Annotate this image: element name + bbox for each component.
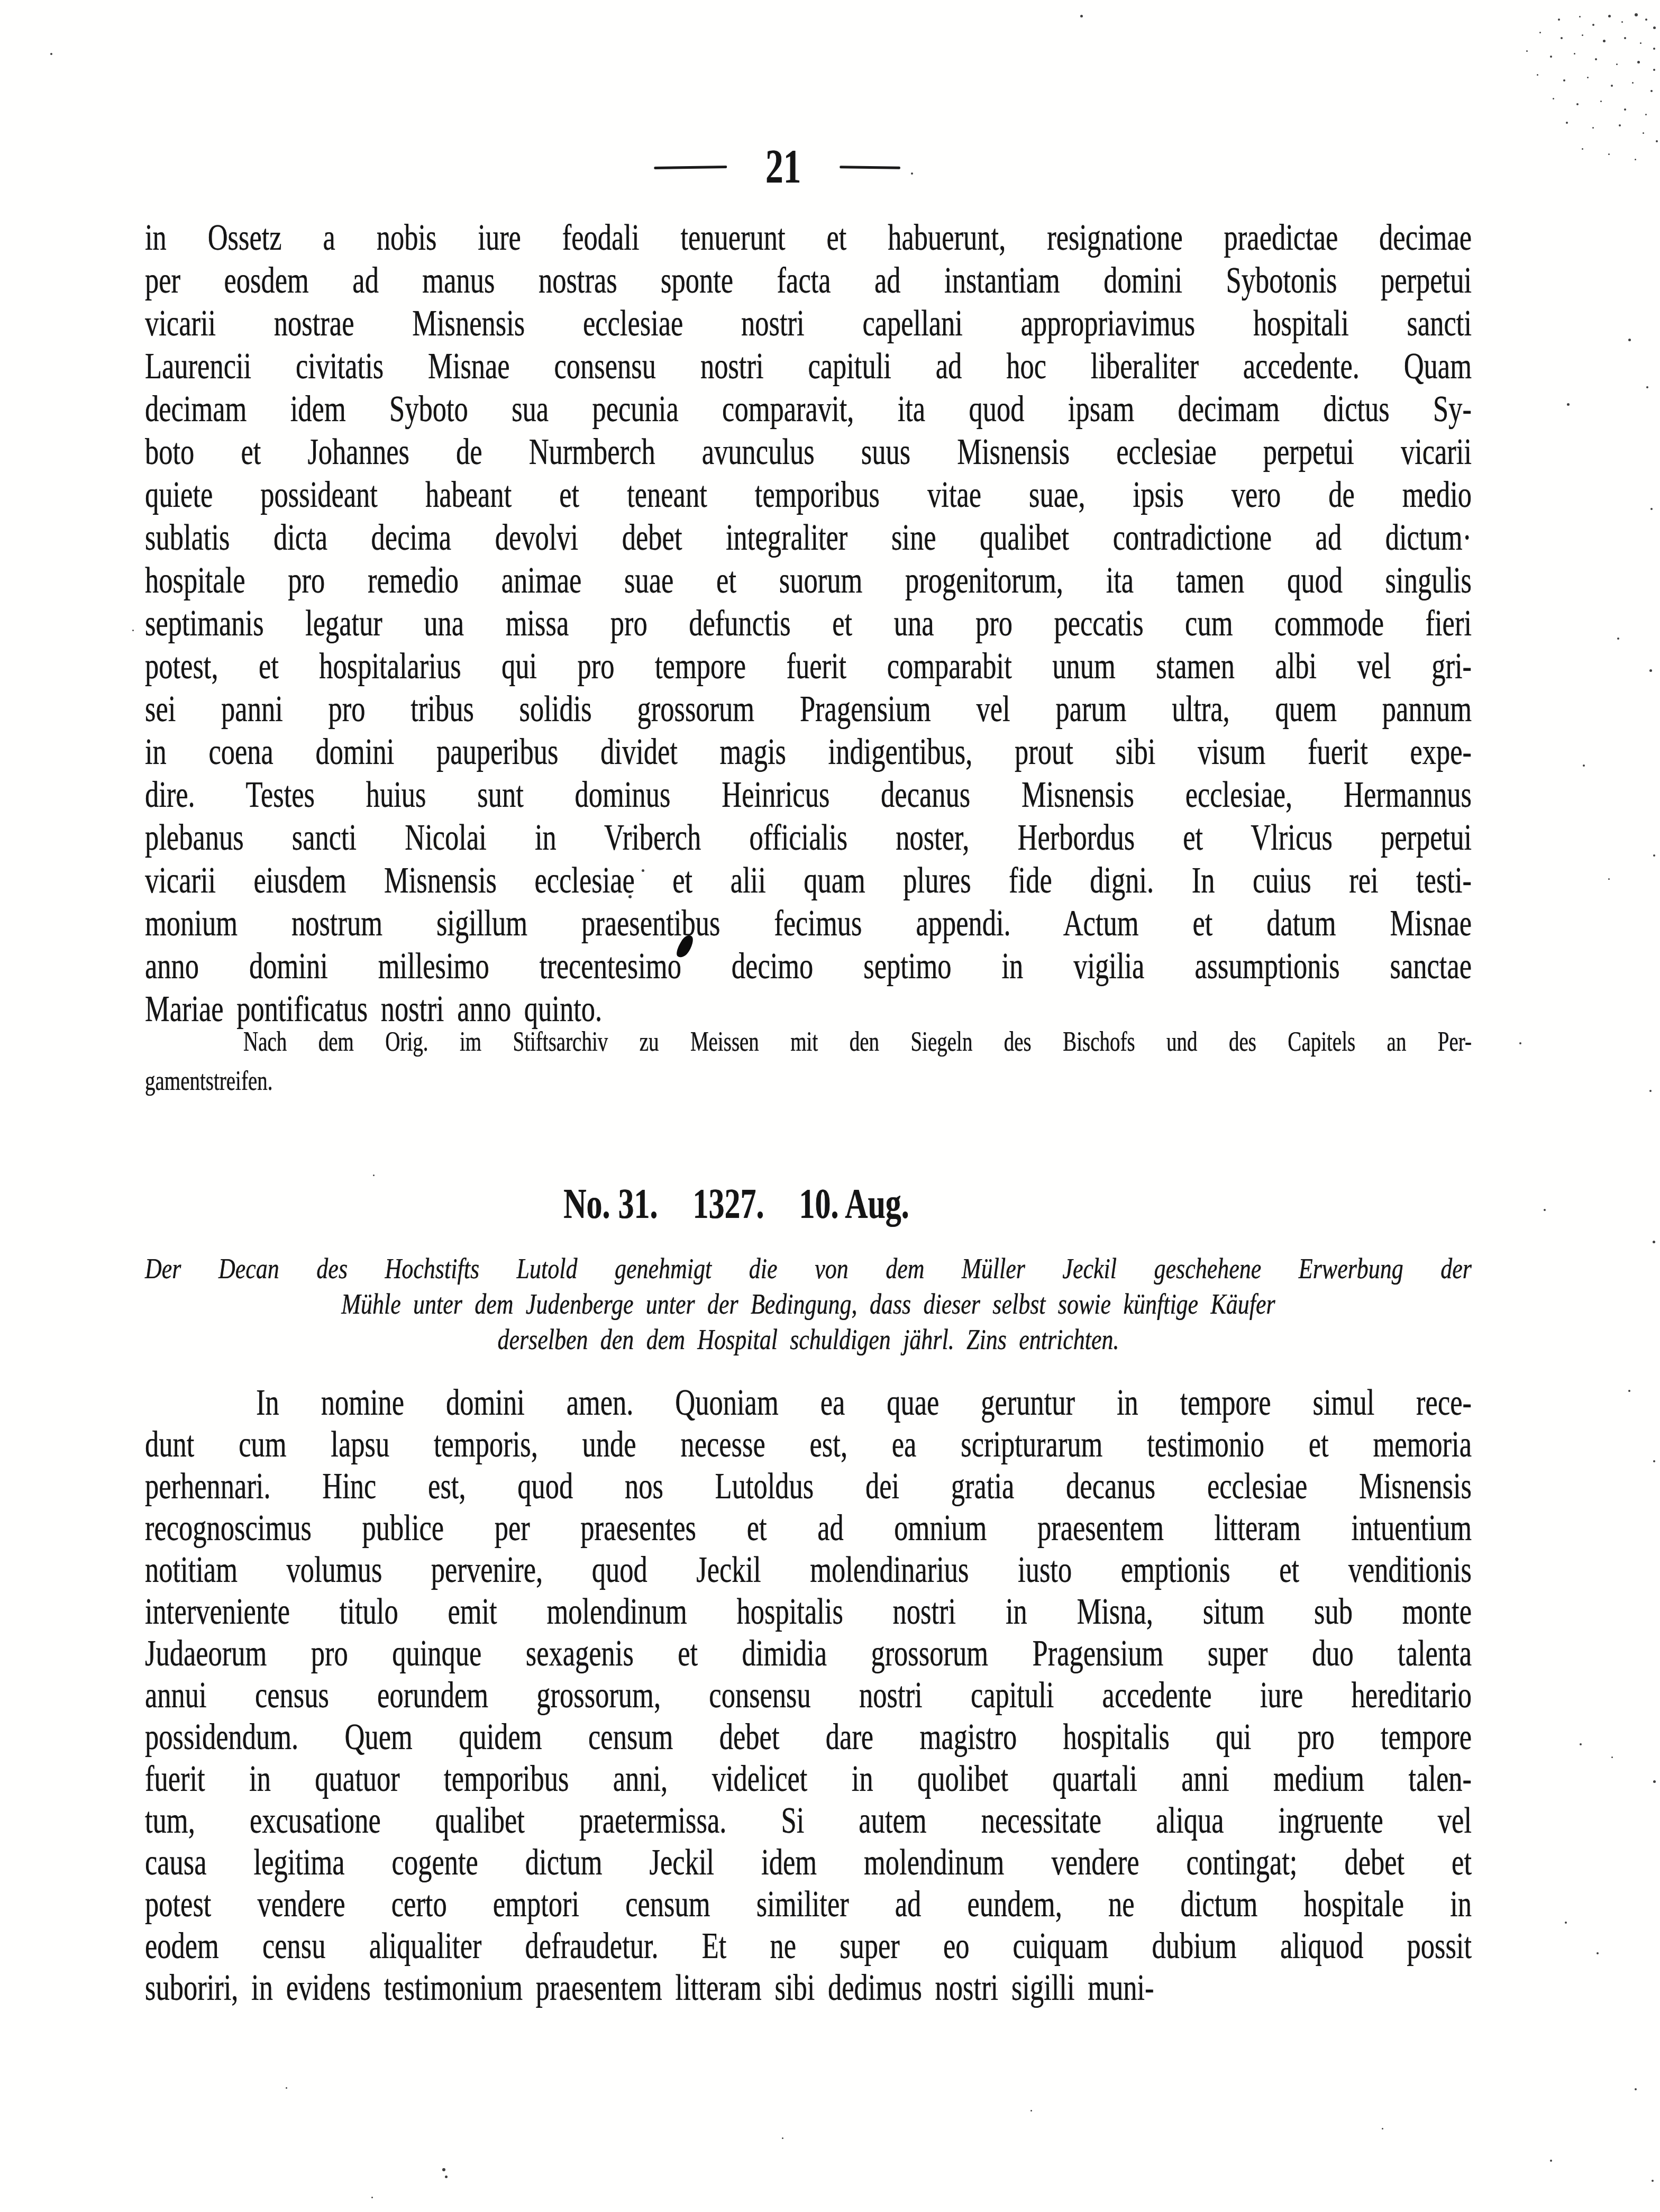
page-number: 21	[765, 141, 801, 194]
scan-speckle	[1635, 13, 1638, 16]
charter-30-line: plebanus sancti Nicolai in Vriberch offi…	[145, 816, 1472, 859]
scan-speckle	[1650, 508, 1653, 510]
scan-speckle	[1635, 2088, 1637, 2090]
scan-speckle	[132, 630, 134, 631]
scan-speckle	[286, 2087, 287, 2089]
charter-31-summary: Der Decan des Hochstifts Lutold genehmig…	[145, 1251, 1472, 1357]
scan-speckle	[782, 2137, 783, 2139]
scan-speckle	[1632, 82, 1634, 84]
scan-speckle	[1619, 124, 1621, 126]
charter-30-line: in coena domini pauperibus dividet magis…	[145, 731, 1472, 773]
scan-speckle	[1608, 15, 1611, 17]
scan-speckle	[1567, 403, 1570, 406]
charter-31-line: potest vendere certo emptori censum simi…	[145, 1883, 1472, 1925]
charter-30-line: sublatis dicta decima devolvi debet inte…	[145, 516, 1472, 559]
charter-31-summary-line: Mühle unter dem Judenberge unter der Bed…	[145, 1286, 1472, 1322]
scan-speckle	[1653, 69, 1655, 71]
scan-speckle	[373, 1175, 375, 1176]
scan-speckle	[1649, 669, 1652, 672]
charter-31-line: tum, excusatione qualibet praetermissa. …	[145, 1800, 1472, 1842]
scan-speckle	[1628, 339, 1631, 341]
charter-30-line: vicarii nostrae Misnensis ecclesiae nost…	[145, 302, 1472, 345]
scan-speckle	[1608, 153, 1610, 155]
scan-speckle	[1579, 16, 1581, 17]
charter-date: 10. Aug.	[799, 1180, 909, 1228]
scan-speckle	[1576, 103, 1579, 105]
page-header: 21	[113, 141, 1441, 194]
scan-speckle	[1628, 1390, 1630, 1392]
scan-speckle	[1587, 77, 1589, 78]
scan-speckle	[1080, 15, 1083, 17]
charter-31-line: notitiam volumus pervenire, quod Jeckil …	[145, 1549, 1472, 1591]
scan-speckle	[1640, 42, 1641, 44]
charter-year: 1327.	[692, 1180, 764, 1228]
charter-30-line: dire. Testes huius sunt dominus Heinricu…	[145, 773, 1472, 816]
charter-31-heading-row: No. 31. 1327. 10. Aug.	[73, 1180, 1400, 1228]
charter-31-line: suboriri, in evidens testimonium praesen…	[145, 1967, 1472, 2009]
scan-speckle	[1558, 19, 1560, 21]
charter-30-line: in Ossetz a nobis iure feodali tenuerunt…	[145, 216, 1472, 259]
scan-speckle	[1597, 1952, 1599, 1954]
charter-30-line: vicarii eiusdem Misnensis ecclesiae et a…	[145, 859, 1472, 902]
scan-speckle	[1653, 26, 1656, 29]
scan-speckle	[1603, 40, 1606, 42]
charter-31-lines: In nomine domini amen. Quoniam ea quae g…	[145, 1382, 1472, 2009]
scan-speckle	[1580, 1743, 1582, 1745]
charter-30-line: boto et Johannes de Nurmberch avunculus …	[145, 431, 1472, 474]
scan-speckle	[1621, 21, 1623, 23]
scan-speckle	[1582, 148, 1583, 150]
scan-speckle	[1595, 58, 1597, 60]
scan-speckle	[371, 2197, 373, 2198]
scan-speckle	[1624, 37, 1626, 39]
charter-31-line: dunt cum lapsu temporis, unde necesse es…	[145, 1424, 1472, 1465]
charter-31-summary-lines: Der Decan des Hochstifts Lutold genehmig…	[145, 1251, 1472, 1357]
scan-speckle	[1643, 132, 1644, 134]
scan-speckle	[1608, 878, 1610, 880]
scan-speckle	[1553, 98, 1554, 99]
scan-speckle	[1611, 1756, 1613, 1758]
scan-speckle	[1565, 1922, 1567, 1924]
charter-31-line: eodem censu aliqualiter defraudetur. Et …	[145, 1925, 1472, 1967]
scan-speckle	[1652, 2180, 1654, 2182]
charter-31-line: interveniente titulo emit molendinum hos…	[145, 1591, 1472, 1633]
scan-speckle	[1645, 19, 1647, 21]
charter-30-text: in Ossetz a nobis iure feodali tenuerunt…	[145, 216, 1472, 1031]
scan-speckle	[1635, 159, 1636, 160]
source-note-lines: Nach dem Orig. im Stiftsarchiv zu Meisse…	[145, 1023, 1472, 1101]
charter-31-line: possidendum. Quem quidem censum debet da…	[145, 1716, 1472, 1758]
scan-speckle	[1656, 140, 1658, 142]
scan-speckle	[1653, 854, 1655, 857]
charter-30-line: septimanis legatur una missa pro defunct…	[145, 602, 1472, 645]
header-rule-left-icon	[654, 166, 727, 169]
scan-speckle	[1519, 1042, 1521, 1044]
charter-31-line: recognoscimus publice per praesentes et …	[145, 1507, 1472, 1549]
charter-31-summary-line: derselben den dem Hospital schuldigen jä…	[145, 1322, 1472, 1357]
charter-30-line: hospitale pro remedio animae suae et suo…	[145, 559, 1472, 602]
header-rule-right-icon	[840, 166, 900, 169]
charter-31-line: Judaeorum pro quinque sexagenis et dimid…	[145, 1633, 1472, 1674]
source-note: Nach dem Orig. im Stiftsarchiv zu Meisse…	[145, 1023, 1472, 1101]
scanned-page: 21 in Ossetz a nobis iure feodali tenuer…	[0, 0, 1660, 2212]
charter-30-line: quiete possideant habeant et teneant tem…	[145, 474, 1472, 516]
scan-speckle	[1526, 50, 1528, 52]
charter-31-line: perhennari. Hinc est, quod nos Lutoldus …	[145, 1465, 1472, 1507]
scan-speckle	[50, 53, 52, 55]
scan-speckle	[1582, 34, 1583, 36]
scan-speckle	[1624, 108, 1626, 111]
scan-speckle	[1563, 79, 1565, 81]
charter-31-line: annui census eorundem grossorum, consens…	[145, 1674, 1472, 1716]
charter-30-lines: in Ossetz a nobis iure feodali tenuerunt…	[145, 216, 1472, 1031]
scan-speckle	[442, 2168, 445, 2171]
charter-31-line: fuerit in quatuor temporibus anni, videl…	[145, 1758, 1472, 1800]
charter-30-line: monium nostrum sigillum praesentibus fec…	[145, 902, 1472, 945]
scan-speckle	[1611, 85, 1613, 87]
scan-speckle	[1550, 2160, 1552, 2162]
charter-31-heading: No. 31. 1327. 10. Aug.	[73, 1180, 1400, 1228]
charter-31-text: In nomine domini amen. Quoniam ea quae g…	[145, 1382, 1472, 2009]
scan-speckle	[1653, 1241, 1655, 1243]
charter-30-line: anno domini millesimo trecentesimo decim…	[145, 945, 1472, 988]
scan-speckle	[1637, 61, 1640, 63]
scan-speckle	[1616, 63, 1618, 65]
charter-30-line: decimam idem Syboto sua pecunia comparav…	[145, 388, 1472, 431]
scan-speckle	[1566, 122, 1568, 124]
source-note-line: gamentstreifen.	[145, 1062, 1472, 1101]
charter-31-line: In nomine domini amen. Quoniam ea quae g…	[145, 1382, 1472, 1424]
charter-30-line: Laurencii civitatis Misnae consensu nost…	[145, 345, 1472, 388]
scan-speckle	[1653, 1460, 1655, 1462]
scan-speckle	[1574, 53, 1575, 54]
scan-speckle	[1544, 1209, 1546, 1211]
scan-speckle	[1561, 37, 1563, 39]
source-note-line: Nach dem Orig. im Stiftsarchiv zu Meisse…	[145, 1023, 1472, 1062]
scan-speckle	[1030, 2110, 1032, 2111]
scan-speckle	[1653, 48, 1655, 50]
scan-speckle	[1537, 74, 1538, 76]
charter-number: No. 31.	[563, 1180, 658, 1228]
charter-30-line: per eosdem ad manus nostras sponte facta…	[145, 259, 1472, 302]
scan-speckle	[445, 2175, 448, 2178]
scan-speckle	[1646, 386, 1648, 388]
scan-speckle	[1592, 127, 1594, 129]
scan-speckle	[1583, 764, 1585, 767]
scan-speckle	[1650, 90, 1653, 92]
charter-30-line: potest, et hospitalarius qui pro tempore…	[145, 645, 1472, 688]
charter-30-line: sei panni pro tribus solidis grossorum P…	[145, 688, 1472, 731]
scan-speckle	[1649, 1090, 1652, 1092]
scan-speckle	[1592, 24, 1594, 26]
scan-speckle	[1645, 114, 1647, 115]
scan-speckle	[1550, 56, 1552, 58]
scan-speckle	[1600, 101, 1602, 102]
scan-speckle	[1617, 638, 1619, 640]
scan-speckle	[1539, 32, 1541, 33]
charter-31-line: causa legitima cogente dictum Jeckil ide…	[145, 1842, 1472, 1883]
charter-31-summary-line: Der Decan des Hochstifts Lutold genehmig…	[145, 1251, 1472, 1286]
page-header-row: 21	[113, 141, 1441, 194]
scan-speckle	[1653, 1780, 1656, 1783]
scan-speckle	[1382, 2128, 1383, 2129]
